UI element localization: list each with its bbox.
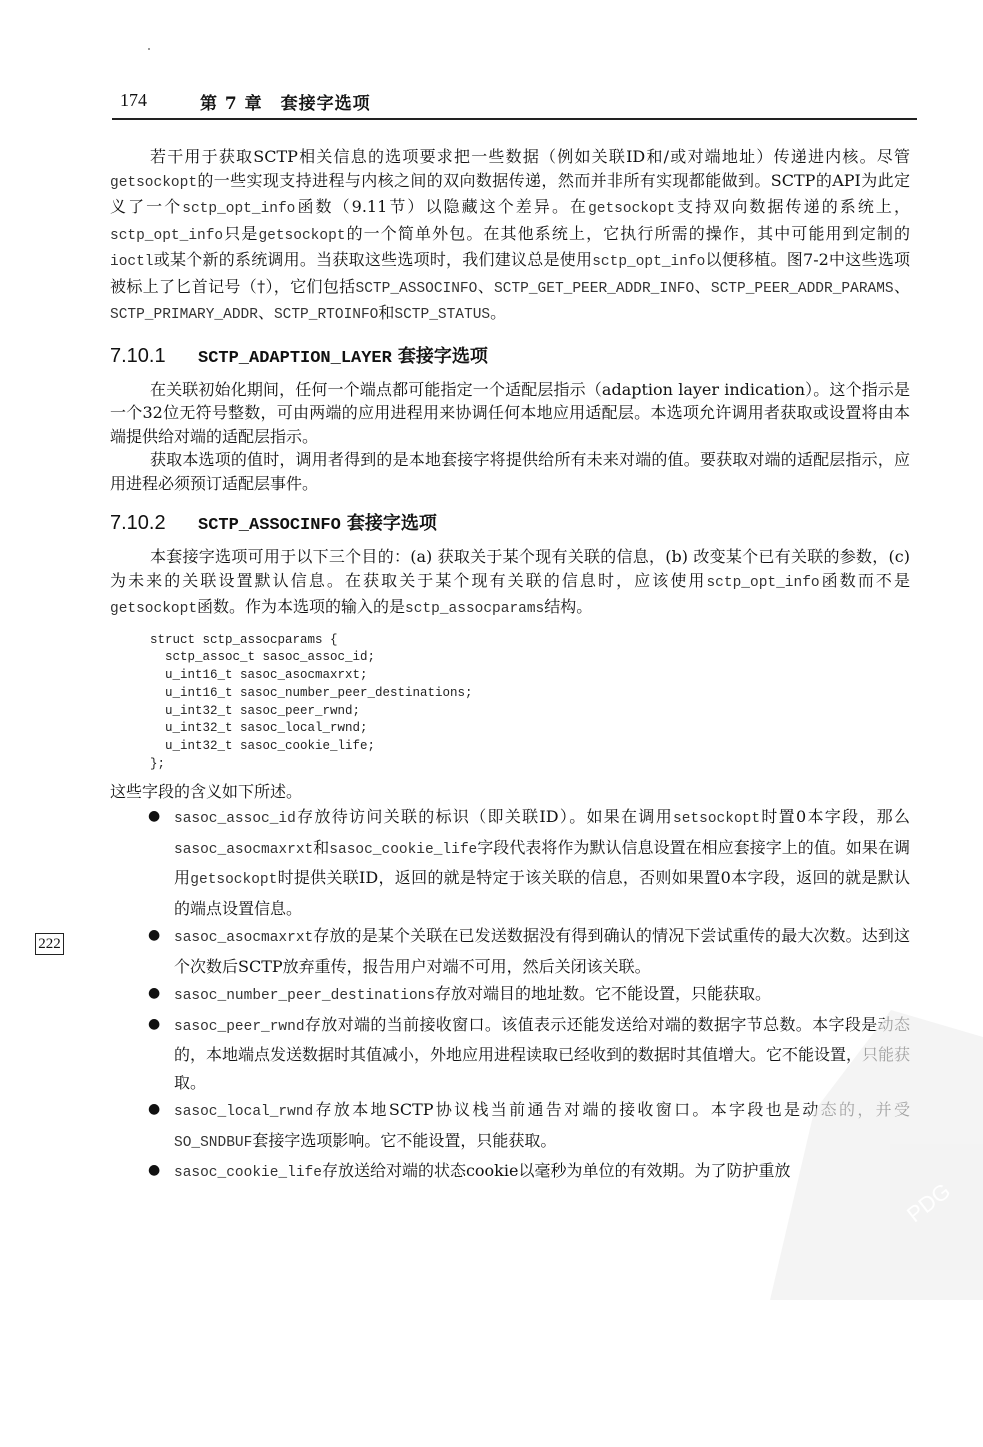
running-header: 174 第 7 章 套接字选项 xyxy=(112,86,917,118)
field-description-item: ●sasoc_asocmaxrxt存放的是某个关联在已发送数据没有得到确认的情况… xyxy=(140,922,910,980)
scan-speck xyxy=(148,48,150,50)
bullet-icon: ● xyxy=(148,980,160,1008)
watermark-text: PDG xyxy=(902,1178,956,1228)
code-term: SCTP_ASSOCINFO xyxy=(356,281,478,297)
section-keyword: SCTP_ASSOCINFO xyxy=(198,516,341,535)
code-term: sctp_opt_info xyxy=(706,575,819,591)
code-term: sasoc_local_rwnd xyxy=(174,1104,313,1120)
page-number: 174 xyxy=(120,90,147,111)
code-term: sctp_opt_info xyxy=(182,201,295,217)
text-run: 。 xyxy=(490,303,506,322)
bullet-icon: ● xyxy=(148,1157,160,1185)
code-term: sasoc_assoc_id xyxy=(174,811,296,827)
code-term: sasoc_asocmaxrxt xyxy=(174,842,313,858)
code-term: sctp_assocparams xyxy=(405,601,544,617)
section-2-intro-paragraph: 本套接字选项可用于以下三个目的：(a) 获取关于某个现有关联的信息，(b) 改变… xyxy=(110,545,910,622)
code-term: sasoc_asocmaxrxt xyxy=(174,930,313,946)
original-page-reference: 222 xyxy=(35,933,64,955)
text-run: 函数而不是 xyxy=(820,571,910,590)
text-run: 和 xyxy=(313,838,329,857)
section-1-paragraph-1: 在关联初始化期间，任何一个端点都可能指定一个适配层指示（adaption lay… xyxy=(110,378,910,449)
text-run: 和 xyxy=(378,303,394,322)
text-run: 若干用于获取SCTP相关信息的选项要求把一些数据（例如关联ID和/或对端地址）传… xyxy=(150,147,910,166)
section-title: 套接字选项 xyxy=(398,342,488,368)
field-description-item: ●sasoc_assoc_id存放待访问关联的标识（即关联ID）。如果在调用se… xyxy=(140,803,910,922)
text-run: 存放待访问关联的标识（即关联ID）。如果在调用 xyxy=(296,807,673,826)
book-page: 174 第 7 章 套接字选项 222 若干用于获取SCTP相关信息的选项要求把… xyxy=(0,0,983,1447)
section-title: 套接字选项 xyxy=(347,509,437,535)
code-term: SCTP_RTOINFO xyxy=(274,307,378,323)
text-run: 存放送给对端的状态cookie以毫秒为单位的有效期。为了防护重放 xyxy=(322,1161,791,1180)
field-description-item: ●sasoc_cookie_life存放送给对端的状态cookie以毫秒为单位的… xyxy=(140,1157,910,1188)
code-term: getsockopt xyxy=(588,201,675,217)
code-term: sasoc_cookie_life xyxy=(329,842,477,858)
code-term: SO_SNDBUF xyxy=(174,1135,252,1151)
code-term: getsockopt xyxy=(110,601,197,617)
chapter-title: 第 7 章 套接字选项 xyxy=(200,89,371,114)
bullet-icon: ● xyxy=(148,1011,160,1039)
code-term: setsockopt xyxy=(673,811,760,827)
text-run: 函数（9.11节）以隐藏这个差异。在 xyxy=(295,197,588,216)
code-term: sasoc_number_peer_destinations xyxy=(174,988,435,1004)
bullet-icon: ● xyxy=(148,803,160,831)
text-run: 、 xyxy=(258,303,274,322)
code-term: sasoc_cookie_life xyxy=(174,1165,322,1181)
section-1-paragraph-2: 获取本选项的值时，调用者得到的是本地套接字将提供给所有未来对端的值。要获取对端的… xyxy=(110,448,910,495)
field-description-item: ●sasoc_peer_rwnd存放对端的当前接收窗口。该值表示还能发送给对端的… xyxy=(140,1011,910,1097)
bullet-icon: ● xyxy=(148,1096,160,1124)
code-term: SCTP_STATUS xyxy=(394,307,490,323)
intro-paragraph: 若干用于获取SCTP相关信息的选项要求把一些数据（例如关联ID和/或对端地址）传… xyxy=(110,145,910,328)
fields-intro: 这些字段的含义如下所述。 xyxy=(110,780,910,804)
code-term: sctp_opt_info xyxy=(110,228,223,244)
field-description-list: ●sasoc_assoc_id存放待访问关联的标识（即关联ID）。如果在调用se… xyxy=(110,803,910,1188)
text-run: 存放对端目的地址数。它不能设置，只能获取。 xyxy=(435,984,771,1003)
section-keyword: SCTP_ADAPTION_LAYER xyxy=(198,349,392,368)
text-run: 结构。 xyxy=(544,597,592,616)
text-run: 、 xyxy=(894,277,910,296)
page-body: 若干用于获取SCTP相关信息的选项要求把一些数据（例如关联ID和/或对端地址）传… xyxy=(110,145,910,1188)
text-run: 的一个简单外包。在其他系统上，它执行所需的操作，其中可能用到定制的 xyxy=(345,224,910,243)
text-run: 函数。作为本选项的输入的是 xyxy=(197,597,405,616)
text-run: 、 xyxy=(477,277,494,296)
text-run: 支持双向数据传递的系统上， xyxy=(675,197,910,216)
code-term: getsockopt xyxy=(110,175,197,191)
code-term: SCTP_GET_PEER_ADDR_INFO xyxy=(494,281,694,297)
section-heading-7-10-2: 7.10.2 SCTP_ASSOCINFO 套接字选项 xyxy=(110,509,910,535)
text-run: 套接字选项影响。它不能设置，只能获取。 xyxy=(252,1131,556,1150)
code-term: SCTP_PRIMARY_ADDR xyxy=(110,307,258,323)
section-number: 7.10.1 xyxy=(110,345,198,368)
code-term: SCTP_PEER_ADDR_PARAMS xyxy=(711,281,894,297)
text-run: 时提供关联ID，返回的就是特定于该关联的信息，否则如果置0本字段，返回的就是默认… xyxy=(174,868,910,918)
code-term: getsockopt xyxy=(258,228,345,244)
code-term: sctp_opt_info xyxy=(592,254,705,270)
code-term: sasoc_peer_rwnd xyxy=(174,1019,305,1035)
code-term: ioctl xyxy=(110,254,154,270)
bullet-icon: ● xyxy=(148,922,160,950)
struct-code-listing: struct sctp_assocparams { sctp_assoc_t s… xyxy=(110,632,910,774)
text-run: 只是 xyxy=(223,224,258,243)
header-rule xyxy=(112,118,917,120)
text-run: 时置0本字段，那么 xyxy=(760,807,910,826)
text-run: 、 xyxy=(694,277,711,296)
section-number: 7.10.2 xyxy=(110,512,198,535)
text-run: 或某个新的系统调用。当获取这些选项时，我们建议总是使用 xyxy=(154,250,593,269)
section-heading-7-10-1: 7.10.1 SCTP_ADAPTION_LAYER 套接字选项 xyxy=(110,342,910,368)
field-description-item: ●sasoc_local_rwnd存放本地SCTP协议栈当前通告对端的接收窗口。… xyxy=(140,1096,910,1157)
code-term: getsockopt xyxy=(190,872,277,888)
field-description-item: ●sasoc_number_peer_destinations存放对端目的地址数… xyxy=(140,980,910,1011)
